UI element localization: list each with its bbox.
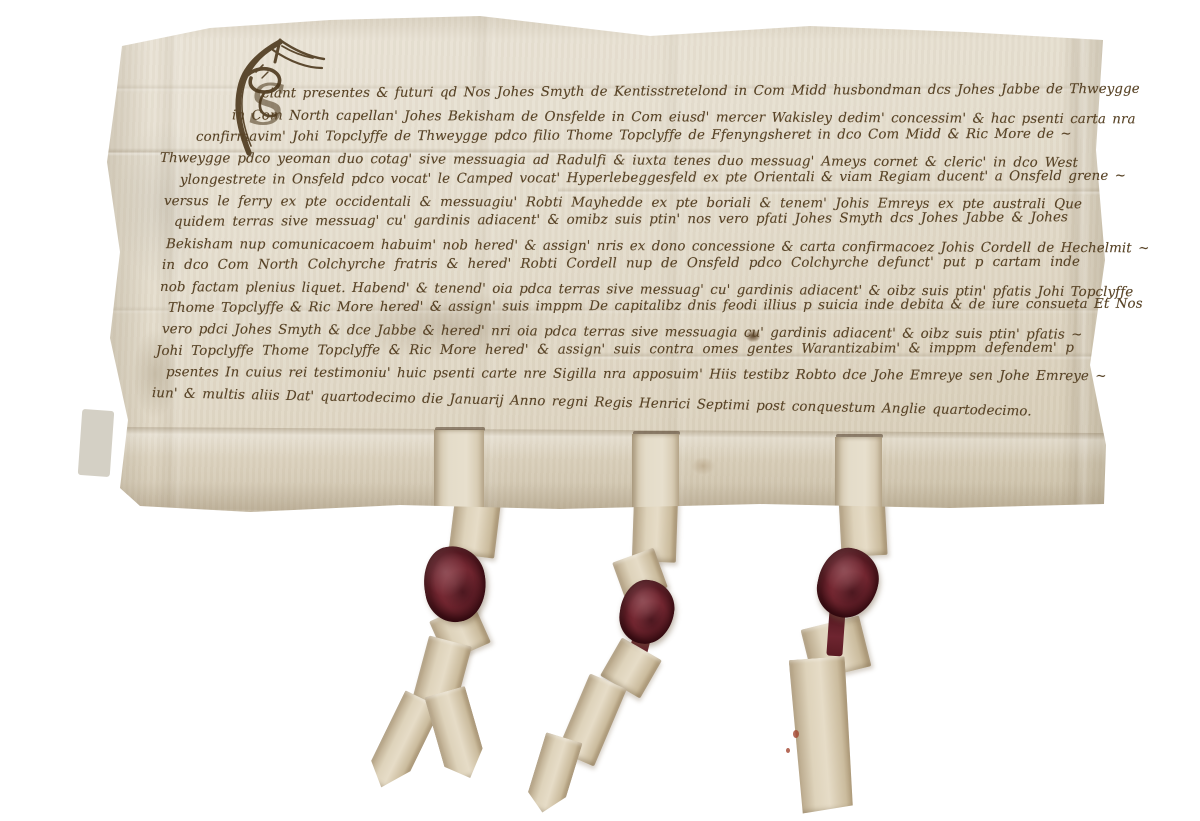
wax-speck xyxy=(786,748,790,753)
plica-fold xyxy=(103,427,1115,515)
seal-tag-top xyxy=(632,434,679,512)
manuscript-line: in dco Com North Colchyrche fratris & he… xyxy=(150,252,1080,277)
manuscript-line: ylongestrete in Onsfeld pdco vocat' le C… xyxy=(150,166,1068,191)
manuscript-line: confirmavim' Johi Topclyffe de Thweygge … xyxy=(150,124,1068,149)
tag-end xyxy=(523,732,582,818)
manuscript-line: Johi Topclyffe Thome Topclyffe & Ric Mor… xyxy=(150,337,1074,362)
wax-speck xyxy=(793,730,799,738)
tag-end-right xyxy=(424,686,489,784)
manuscript-line: quidem terras sive messuag' cu' gardinis… xyxy=(150,208,1068,234)
seal-tag-top xyxy=(434,430,484,512)
parchment-back-flap xyxy=(78,409,115,477)
manuscript-line: Thome Topclyffe & Ric More hered' & assi… xyxy=(150,294,1068,319)
photo-of-medieval-deed: S ciant presentes & futuri qd Nos Johes … xyxy=(0,0,1200,821)
manuscript-line: ciant presentes & futuri qd Nos Johes Sm… xyxy=(150,79,1068,105)
manuscript-text: ciant presentes & futuri qd Nos Johes Sm… xyxy=(150,84,1070,405)
manuscript-line: psentes In cuius rei testimoniu' huic ps… xyxy=(150,362,1068,387)
seal-tag-top xyxy=(835,437,882,512)
